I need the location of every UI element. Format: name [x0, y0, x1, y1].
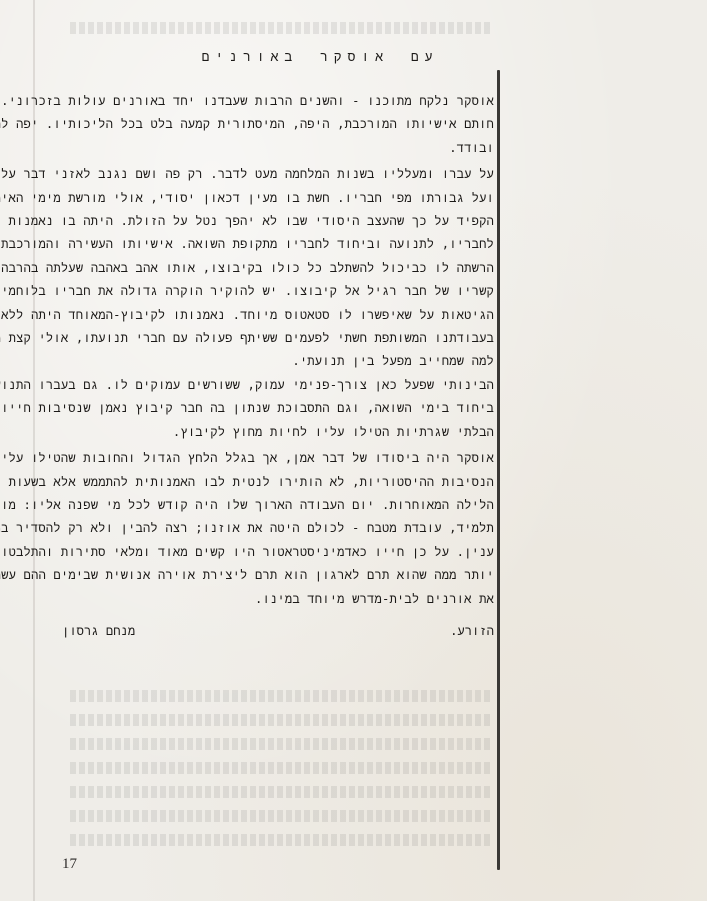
scanned-page: עם אוסקר באורנים אוסקר נלקח מתוכנו - והש… — [0, 0, 707, 901]
text-line: הרשתה לו כביכול להשתלב כל כולו בקיבוצו, … — [62, 257, 494, 280]
text-line: תלמיד, עובדת מטבח - לכולם היטה את אוזנו;… — [62, 517, 494, 540]
text-line: על עברו ומעלליו בשנות המלחמה מעט לדבר. ר… — [62, 163, 494, 186]
text-line: אוסקר היה ביסודו של דבר אמן, אך בגלל הלח… — [62, 447, 494, 470]
text-line: הקפיד על כך שהעצב היסודי שבו לא יהפך נטל… — [62, 210, 494, 233]
text-line: ובודד. — [62, 137, 494, 160]
document-body: אוסקר נלקח מתוכנו - והשנים הרבות שעבדנו … — [62, 90, 494, 611]
paragraph: אוסקר היה ביסודו של דבר אמן, אך בגלל הלח… — [62, 447, 494, 611]
text-line: ועל גבורתו מפי חבריו. חשת בו מעין דכאון … — [62, 187, 494, 210]
text-line: ענין. על כן חייו כאדמיניסטראטור היו קשים… — [62, 541, 494, 564]
text-line: לחבריו, לתנועה וביחוד לחבריו מתקופת השוא… — [62, 233, 494, 256]
bleed-through-text — [70, 834, 490, 846]
text-line: ביחוד בימי השואה, וגם התסבוכת שנתון בה ח… — [62, 397, 494, 420]
bleed-through-text — [70, 738, 490, 750]
text-line: הגיטאות על שאיפשרו לו סטאטוס מיוחד. נאמנ… — [62, 304, 494, 327]
text-line: הבינותי שפעל כאן צורך-פנימי עמוק, ששורשי… — [62, 374, 494, 397]
bleed-through-text — [70, 786, 490, 798]
paragraph: על עברו ומעלליו בשנות המלחמה מעט לדבר. ר… — [62, 163, 494, 444]
binding-line — [497, 70, 500, 870]
text-line: בעבודתנו המשותפת חשתי לפעמים ששיתף פעולה… — [62, 327, 494, 350]
text-line: יותר ממה שהוא תרם לארגון הוא תרם ליצירת … — [62, 564, 494, 587]
bleed-through-text — [70, 762, 490, 774]
text-line: אוסקר נלקח מתוכנו - והשנים הרבות שעבדנו … — [62, 90, 494, 113]
text-line: את אורנים לבית-מדרש מיוחד במינו. — [62, 588, 494, 611]
author-name: מנחם גרסון — [62, 622, 135, 640]
text-line: הבלתי שגרתיות הטילו עליו לחיות מחוץ לקיב… — [62, 421, 494, 444]
text-line: הלילה המאוחרות. יום העבודה הארוך שלו היה… — [62, 494, 494, 517]
text-line: קשריו של חבר רגיל אל קיבוצו. יש להוקיר ה… — [62, 280, 494, 303]
document-title: עם אוסקר באורנים — [150, 50, 490, 65]
bleed-through-text — [70, 810, 490, 822]
page-number: 17 — [62, 856, 77, 873]
text-line: חותם אישיותו המורכבת, היפה, המיסתורית קמ… — [62, 113, 494, 136]
paragraph: אוסקר נלקח מתוכנו - והשנים הרבות שעבדנו … — [62, 90, 494, 160]
bleed-through-text — [70, 690, 490, 702]
text-line: הנסיבות ההיסטוריות, לא הותירו לנטית לבו … — [62, 471, 494, 494]
bleed-through-text — [70, 22, 490, 34]
signoff: הזורע. מנחם גרסון — [62, 622, 494, 640]
closing-source: הזורע. — [450, 622, 494, 640]
text-line: למה שמחייב מפעל בין תנועתי. — [62, 350, 494, 373]
bleed-through-text — [70, 714, 490, 726]
